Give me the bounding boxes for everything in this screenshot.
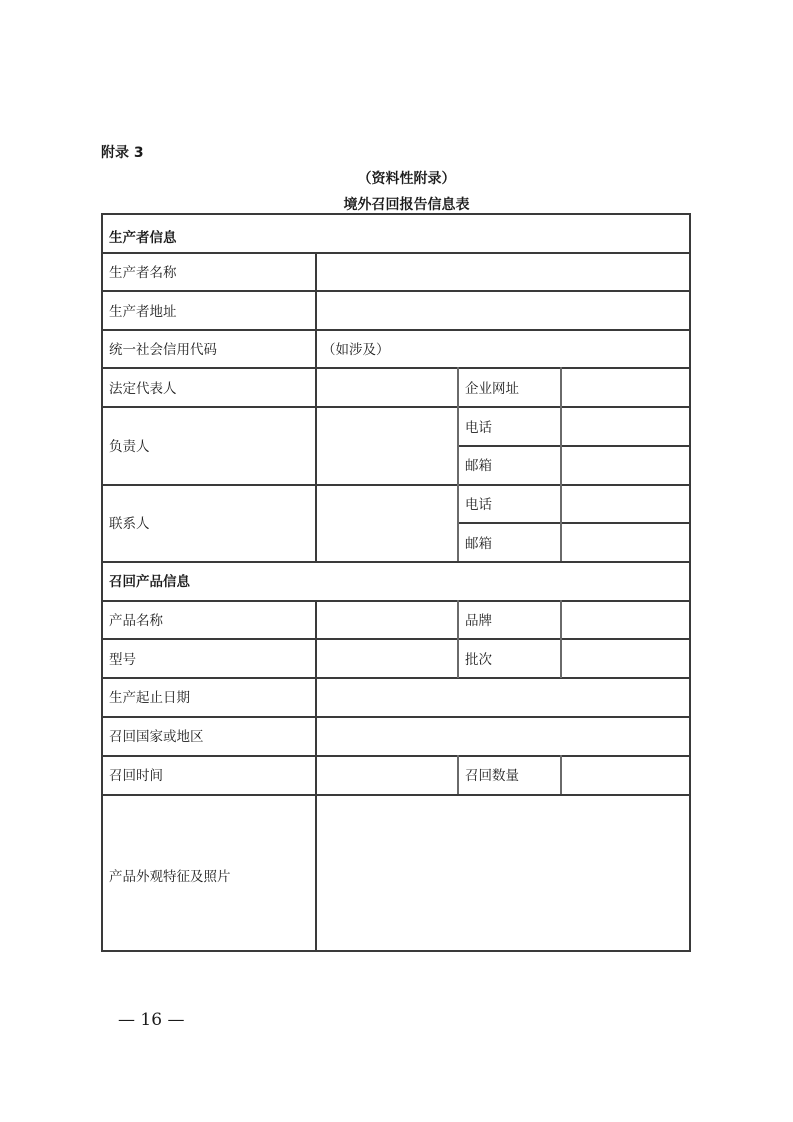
row-divider	[101, 406, 691, 408]
label-contact-phone: 电话	[465, 497, 492, 513]
label-model: 型号	[109, 652, 136, 668]
label-pic-email: 邮箱	[465, 458, 492, 474]
row-divider	[101, 329, 691, 331]
section-header-product: 召回产品信息	[109, 574, 190, 590]
row-divider	[101, 638, 691, 640]
row-divider	[457, 445, 691, 447]
label-brand: 品牌	[465, 613, 492, 629]
input-producer-address[interactable]	[317, 291, 690, 328]
input-producer-name[interactable]	[317, 253, 690, 290]
column-divider	[457, 600, 459, 678]
column-divider	[457, 755, 459, 794]
label-batch: 批次	[465, 652, 492, 668]
label-producer-address: 生产者地址	[109, 304, 177, 320]
label-credit-code: 统一社会信用代码	[109, 342, 217, 358]
page-number: — 16 —	[118, 1010, 184, 1030]
label-appearance-photos: 产品外观特征及照片	[109, 869, 231, 885]
row-divider	[101, 600, 691, 602]
credit-code-hint[interactable]: （如涉及）	[322, 342, 390, 358]
row-divider	[101, 677, 691, 679]
row-divider	[101, 716, 691, 718]
column-divider	[457, 367, 459, 561]
appendix-label: 附录 3	[101, 142, 144, 162]
row-divider	[101, 484, 691, 486]
label-legal-rep: 法定代表人	[109, 381, 177, 397]
row-divider	[101, 755, 691, 757]
document-subtitle: （资料性附录）	[0, 168, 793, 188]
label-contact: 联系人	[109, 516, 150, 532]
label-website: 企业网址	[465, 381, 519, 397]
row-divider	[457, 522, 691, 524]
column-divider	[560, 755, 562, 794]
label-production-dates: 生产起止日期	[109, 690, 190, 706]
input-website[interactable]	[562, 368, 690, 405]
document-title: 境外召回报告信息表	[0, 194, 793, 214]
input-legal-rep[interactable]	[317, 368, 456, 405]
label-person-in-charge: 负责人	[109, 439, 150, 455]
row-divider	[101, 561, 691, 563]
section-header-producer: 生产者信息	[109, 230, 177, 246]
column-divider	[560, 600, 562, 678]
label-recall-region: 召回国家或地区	[109, 729, 204, 745]
label-contact-email: 邮箱	[465, 536, 492, 552]
label-recall-quantity: 召回数量	[465, 768, 519, 784]
label-pic-phone: 电话	[465, 420, 492, 436]
label-product-name: 产品名称	[109, 613, 163, 629]
input-appearance-photos[interactable]	[317, 795, 690, 950]
label-recall-time: 召回时间	[109, 768, 163, 784]
label-producer-name: 生产者名称	[109, 265, 177, 281]
